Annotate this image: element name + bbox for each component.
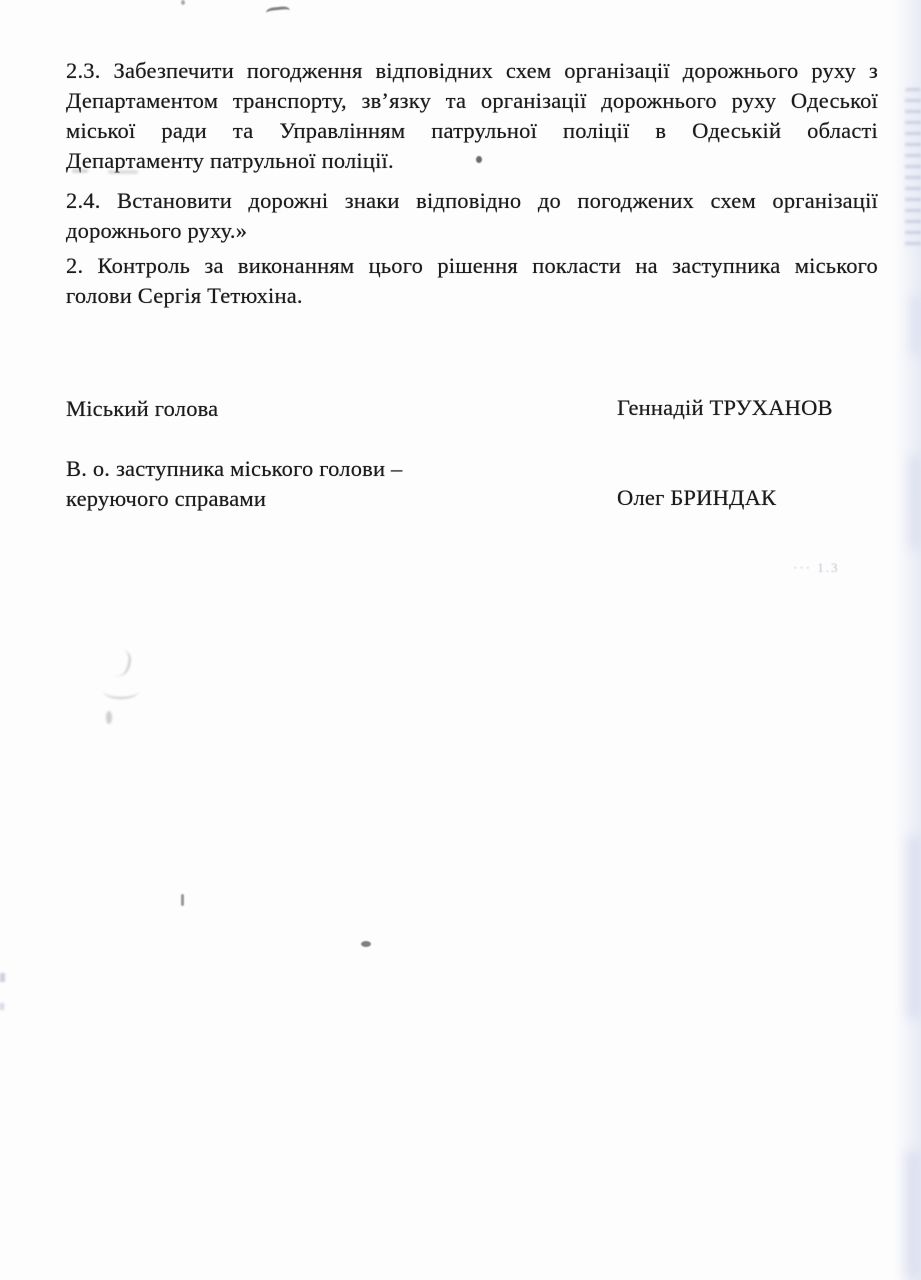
para-2-4: 2.4. Встановити дорожні знаки відповідно…: [66, 186, 878, 246]
document-line: міської ради та Управлінням патрульної п…: [66, 116, 878, 146]
document-line: Департаментом транспорту, зв’язку та орг…: [66, 86, 878, 116]
scan-edge-streaks: [905, 88, 921, 248]
scan-edge-mark: [0, 973, 5, 982]
document-line: 2.4. Встановити дорожні знаки відповідно…: [66, 186, 878, 216]
signature-name: Олег БРИНДАК: [617, 483, 776, 513]
para-2-3: 2.3. Забезпечити погодження відповідних …: [66, 56, 878, 176]
document-line: дорожнього руху.»: [66, 216, 878, 246]
document-line: Департаменту патрульної поліції.: [66, 146, 878, 176]
scan-edge-blob: [909, 455, 921, 550]
scan-edge-shadow: [893, 0, 921, 1280]
signature-title-line: В. о. заступника міського голови –: [66, 454, 878, 484]
signature-deputy: В. о. заступника міського голови –керуюч…: [66, 454, 878, 514]
document-line: голови Сергія Тетюхіна.: [66, 281, 878, 311]
scan-edge-mark: [0, 1003, 4, 1010]
document-line: 2.3. Забезпечити погодження відповідних …: [66, 56, 878, 86]
scan-edge-blob: [905, 1150, 921, 1280]
document-line: 2. Контроль за виконанням цього рішення …: [66, 251, 878, 281]
scan-edge-blob: [907, 835, 921, 1020]
signature-name: Геннадій ТРУХАНОВ: [617, 393, 833, 423]
signature-mayor: Міський головаГеннадій ТРУХАНОВ: [66, 394, 878, 424]
para-2: 2. Контроль за виконанням цього рішення …: [66, 251, 878, 311]
scan-edge-blob: [911, 295, 921, 355]
document-body: 2.3. Забезпечити погодження відповідних …: [66, 0, 878, 1280]
document-page: 2.3. Забезпечити погодження відповідних …: [0, 0, 921, 1280]
